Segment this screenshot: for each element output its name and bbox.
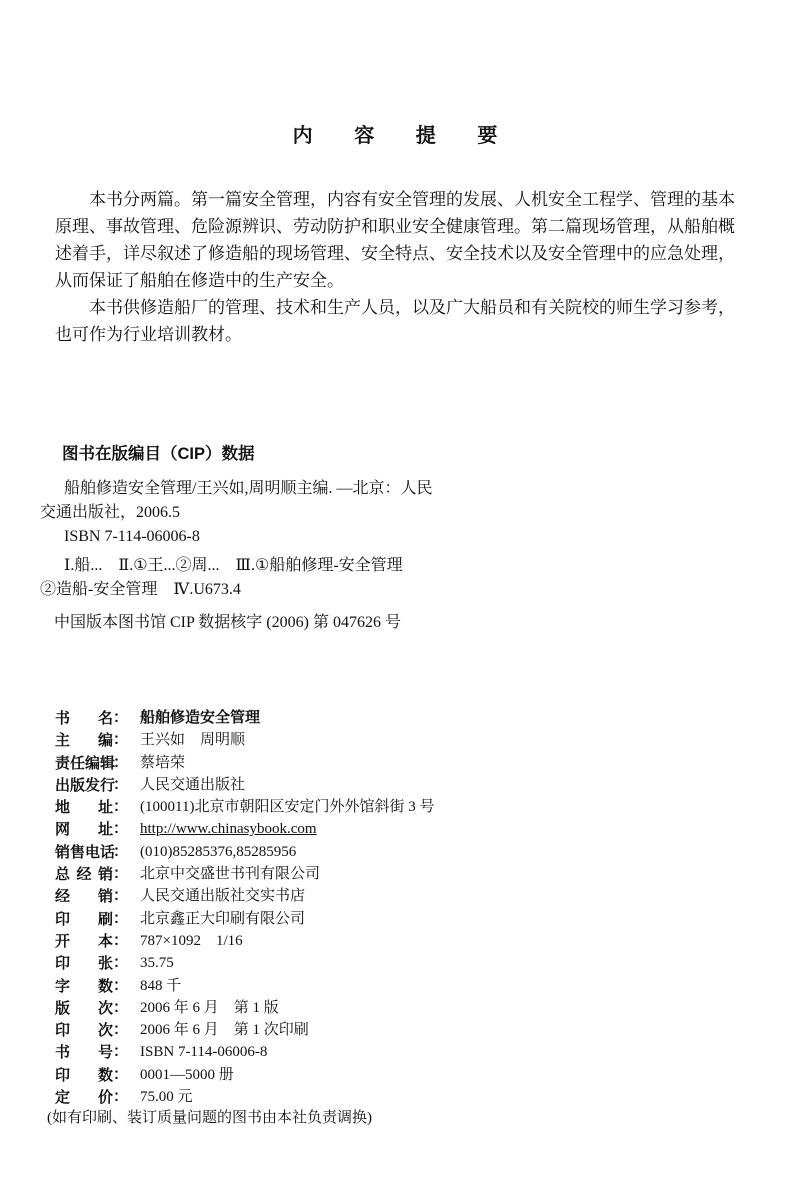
colophon-colon: ： [113,954,128,971]
colophon-label: 开本 [55,931,113,952]
colophon-row-general-distributor: 总经销：北京中交盛世书刊有限公司 [55,863,750,885]
colophon-row-price: 定价：75.00 元 [55,1086,750,1108]
colophon-row-edition: 版次：2006 年 6 月 第 1 版 [55,997,750,1019]
colophon-colon: ： [113,1043,128,1060]
colophon-value: (010)85285376,85285956 [140,844,296,860]
colophon-value: 王兴如 周明顺 [140,732,245,748]
colophon-label: 定价 [55,1087,113,1108]
colophon-value: 人民交通出版社交实书店 [140,888,305,904]
colophon-value: ISBN 7-114-06006-8 [140,1044,267,1060]
colophon-value: 0001—5000 册 [140,1067,234,1083]
content-summary: 本书分两篇。第一篇安全管理，内容有安全管理的发展、人机安全工程学、管理的基本原理… [55,186,735,348]
colophon-label: 书号 [55,1042,113,1063]
colophon-value: 35.75 [140,955,174,971]
cip-classification-line: Ⅰ.船... Ⅱ.①王...②周... Ⅲ.①船舶修理-安全管理 [40,554,742,578]
colophon-colon: ： [113,999,128,1016]
cip-record-line: 交通出版社，2006.5 [40,501,742,525]
colophon-value: 2006 年 6 月 第 1 次印刷 [140,1022,309,1038]
colophon-row-responsible-editor: 责任编辑：蔡培荣 [55,752,750,774]
colophon-row-format: 开本：787×1092 1/16 [55,930,750,952]
cip-classification-line: ②造船-安全管理 Ⅳ.U673.4 [40,578,742,602]
colophon-value: 蔡培荣 [140,755,185,771]
colophon-colon: ： [113,932,128,949]
colophon-value: 北京鑫正大印刷有限公司 [140,911,305,927]
summary-paragraph-2: 本书供修造船厂的管理、技术和生产人员，以及广大船员和有关院校的师生学习参考，也可… [55,294,735,348]
colophon-label: 出版发行 [55,775,113,796]
book-copyright-page: 内 容 提 要 本书分两篇。第一篇安全管理，内容有安全管理的发展、人机安全工程学… [0,0,790,1179]
colophon-value: 848 千 [140,978,181,994]
colophon-colon: ： [113,887,128,904]
colophon-colon: ： [113,865,128,882]
cip-registry-number: 中国版本图书馆 CIP 数据核字 (2006) 第 047626 号 [54,611,742,635]
colophon-row-print-run: 印数：0001—5000 册 [55,1064,750,1086]
colophon-row-editors: 主编：王兴如 周明顺 [55,729,750,751]
colophon-colon: ： [113,754,128,771]
colophon-value: 787×1092 1/16 [140,933,243,949]
colophon-label: 字数 [55,976,113,997]
colophon-label: 印张 [55,953,113,974]
colophon-colon: ： [113,731,128,748]
colophon-label: 销售电话 [55,842,113,863]
colophon-label: 主编 [55,730,113,751]
colophon: 书名：船舶修造安全管理 主编：王兴如 周明顺 责任编辑：蔡培荣 出版发行：人民交… [55,707,750,1130]
colophon-label: 印次 [55,1020,113,1041]
content-summary-title: 内 容 提 要 [0,122,790,150]
colophon-value: 2006 年 6 月 第 1 版 [140,1000,279,1016]
colophon-row-book-title: 书名：船舶修造安全管理 [55,707,750,729]
colophon-row-address: 地址：(100011)北京市朝阳区安定门外外馆斜街 3 号 [55,796,750,818]
colophon-value: 75.00 元 [140,1089,193,1105]
colophon-row-printer: 印刷：北京鑫正大印刷有限公司 [55,908,750,930]
colophon-quality-note: (如有印刷、装订质量问题的图书由本社负责调换) [47,1108,750,1129]
colophon-row-isbn: 书号：ISBN 7-114-06006-8 [55,1041,750,1063]
colophon-row-website: 网址：http://www.chinasybook.com [55,818,750,840]
colophon-label: 责任编辑 [55,753,113,774]
colophon-row-word-count: 字数：848 千 [55,975,750,997]
colophon-colon: ： [113,910,128,927]
colophon-value: 北京中交盛世书刊有限公司 [140,866,320,882]
colophon-label: 印数 [55,1065,113,1086]
summary-paragraph-1: 本书分两篇。第一篇安全管理，内容有安全管理的发展、人机安全工程学、管理的基本原理… [55,186,735,294]
colophon-label: 网址 [55,819,113,840]
cip-record-isbn: ISBN 7-114-06006-8 [40,525,742,549]
cip-record: 船舶修造安全管理/王兴如,周明顺主编. —北京：人民 交通出版社，2006.5 … [40,477,742,549]
colophon-label: 印刷 [55,909,113,930]
colophon-colon: ： [113,820,128,837]
colophon-value: 船舶修造安全管理 [140,709,260,726]
colophon-row-impression: 印次：2006 年 6 月 第 1 次印刷 [55,1019,750,1041]
colophon-colon: ： [113,843,128,860]
colophon-row-publisher: 出版发行：人民交通出版社 [55,774,750,796]
colophon-label: 书名 [55,708,113,729]
colophon-colon: ： [113,1066,128,1083]
colophon-colon: ： [113,798,128,815]
colophon-colon: ： [113,709,128,726]
colophon-value: (100011)北京市朝阳区安定门外外馆斜街 3 号 [140,799,434,815]
colophon-row-distributor: 经销：人民交通出版社交实书店 [55,885,750,907]
colophon-website-url: http://www.chinasybook.com [140,821,317,837]
colophon-colon: ： [113,776,128,793]
colophon-colon: ： [113,1021,128,1038]
colophon-value: 人民交通出版社 [140,777,245,793]
colophon-colon: ： [113,1088,128,1105]
cip-section: 图书在版编目（CIP）数据 船舶修造安全管理/王兴如,周明顺主编. —北京：人民… [40,443,742,635]
colophon-label: 地址 [55,797,113,818]
cip-record-line: 船舶修造安全管理/王兴如,周明顺主编. —北京：人民 [40,477,742,501]
colophon-label: 经销 [55,886,113,907]
colophon-row-sheets: 印张：35.75 [55,952,750,974]
cip-classification: Ⅰ.船... Ⅱ.①王...②周... Ⅲ.①船舶修理-安全管理 ②造船-安全管… [40,554,742,602]
colophon-label: 版次 [55,998,113,1019]
colophon-row-sales-phone: 销售电话：(010)85285376,85285956 [55,841,750,863]
colophon-colon: ： [113,977,128,994]
cip-heading: 图书在版编目（CIP）数据 [62,443,742,465]
colophon-label: 总经销 [55,864,113,885]
